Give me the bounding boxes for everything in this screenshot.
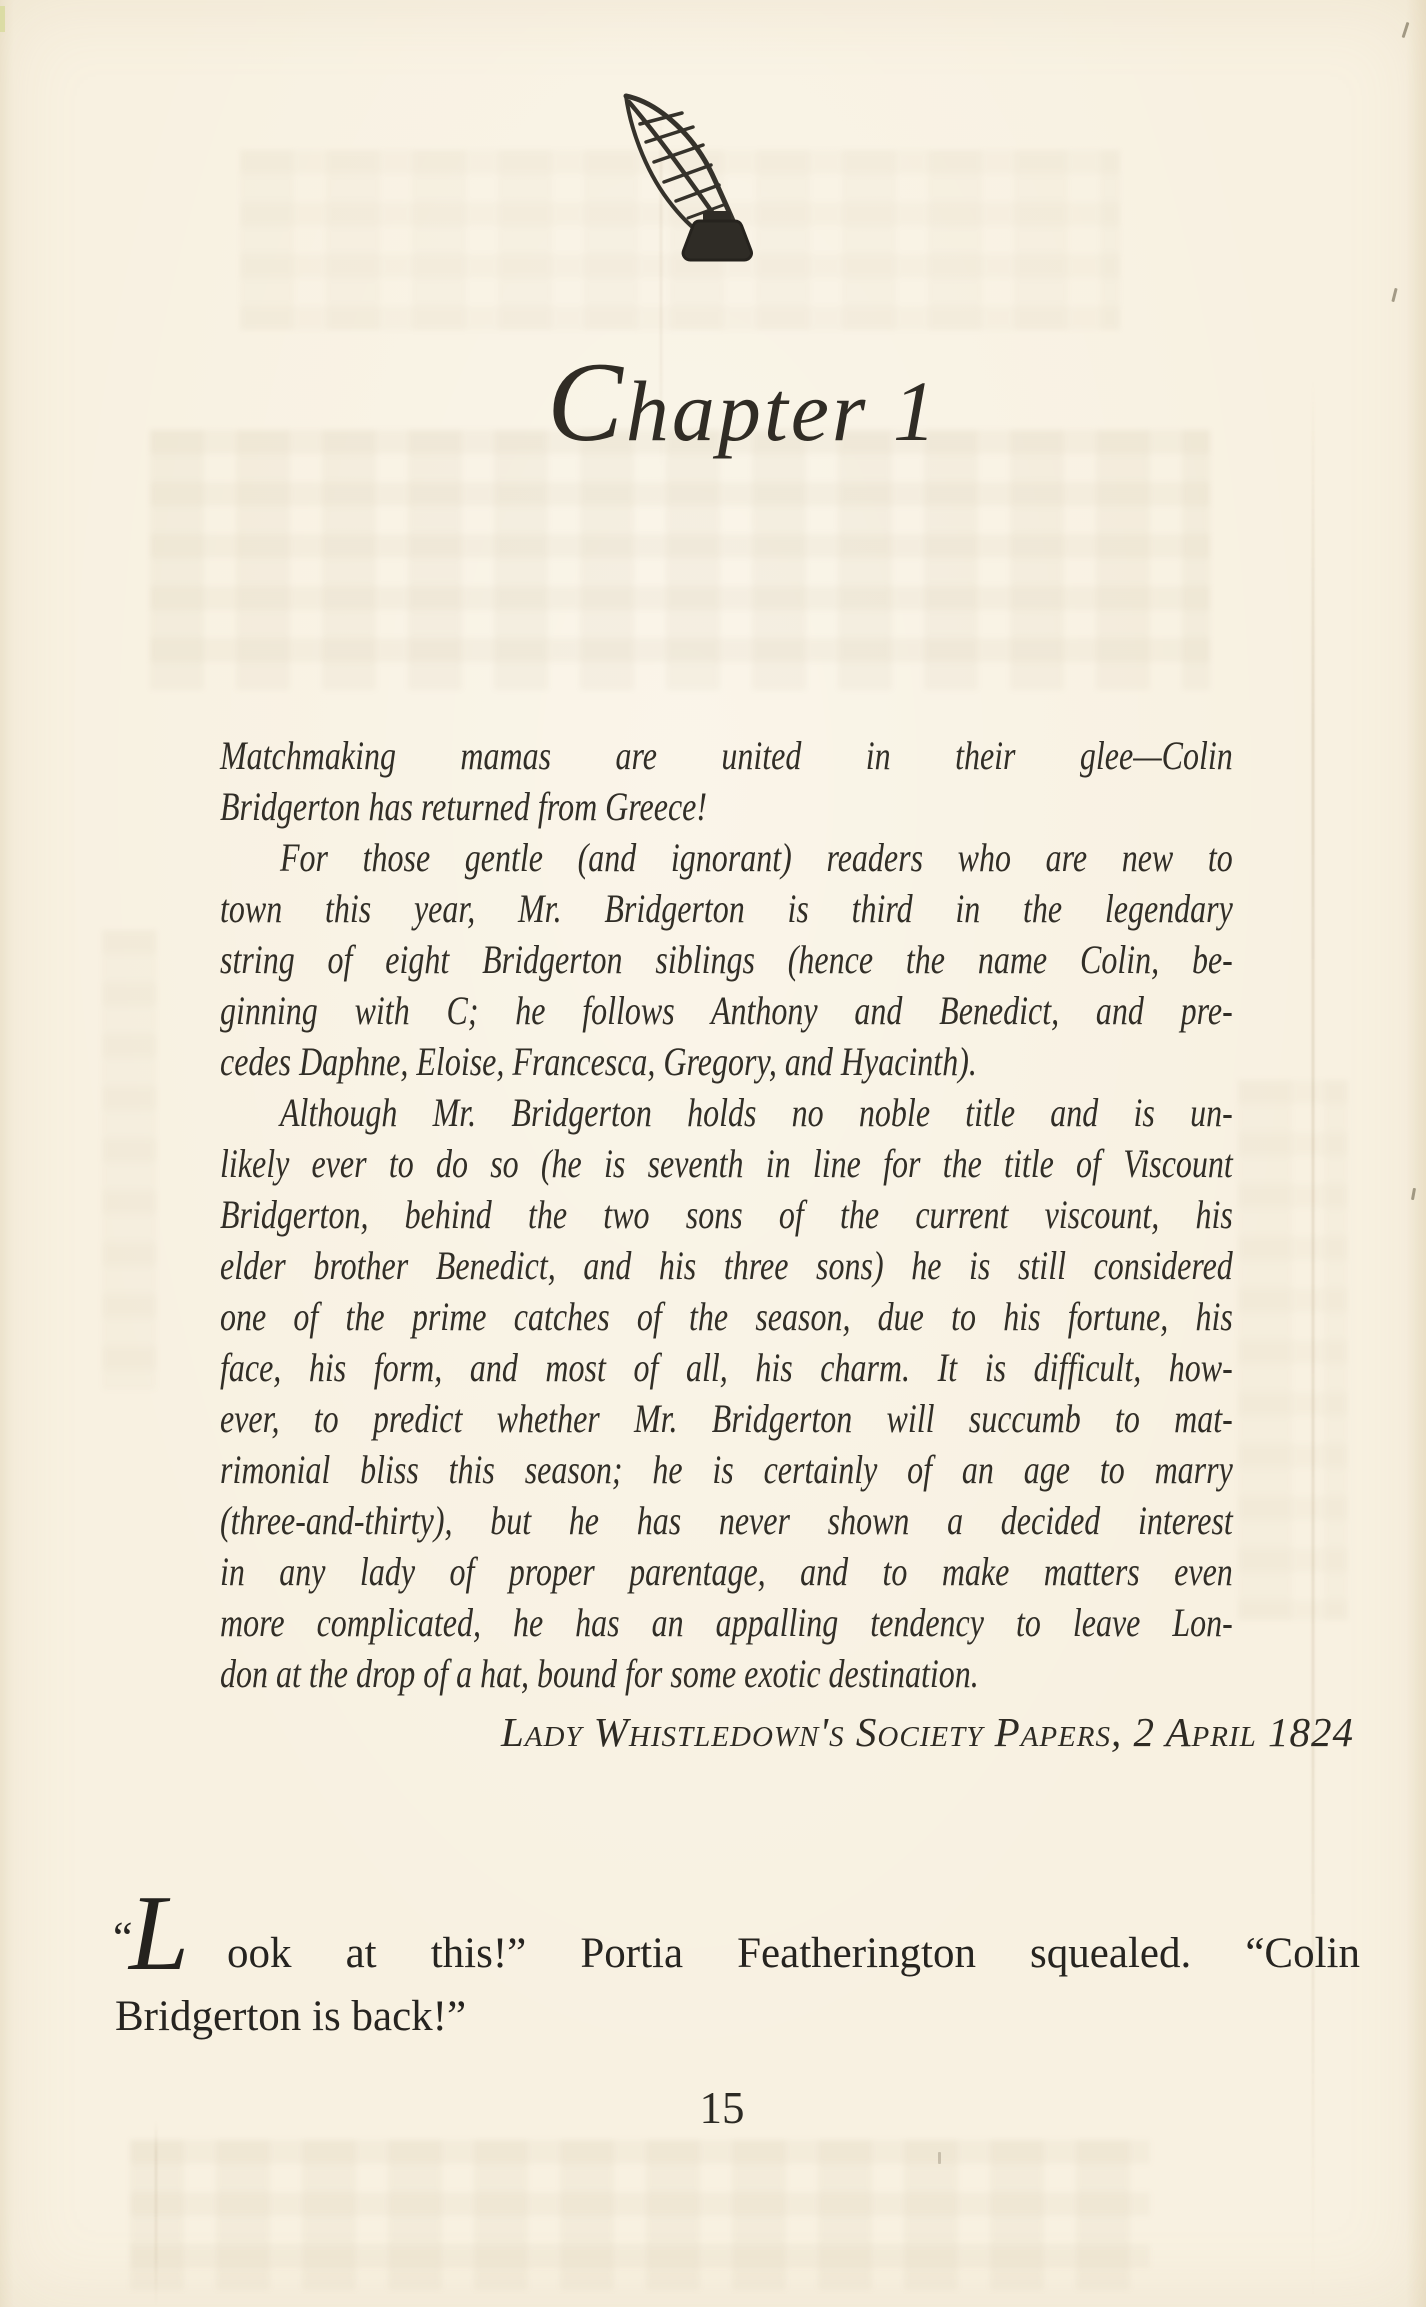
opening-paragraph: “ L ook at this!” Portia Featherington s…	[115, 1922, 1360, 2048]
excerpt-line: For those gentle (and ignorant) readers …	[220, 832, 1233, 883]
excerpt-line: elder brother Benedict, and his three so…	[220, 1240, 1233, 1291]
page-number: 15	[0, 2082, 1426, 2134]
excerpt-line: town this year, Mr. Bridgerton is third …	[220, 883, 1233, 934]
excerpt-line: (three-and-thirty), but he has never sho…	[220, 1495, 1233, 1546]
bleed-through-texture	[1238, 1080, 1348, 1620]
excerpt-line: ever, to predict whether Mr. Bridgerton …	[220, 1393, 1233, 1444]
excerpt-line: likely ever to do so (he is seventh in l…	[220, 1138, 1233, 1189]
excerpt-line: don at the drop of a hat, bound for some…	[220, 1648, 1233, 1699]
opening-line-1: ook at this!” Portia Featherington squea…	[115, 1922, 1360, 1985]
excerpt-line: string of eight Bridgerton siblings (hen…	[220, 934, 1233, 985]
excerpt-line: in any lady of proper parentage, and to …	[220, 1546, 1233, 1597]
excerpt-line: one of the prime catches of the season, …	[220, 1291, 1233, 1342]
bleed-through-texture	[130, 2140, 1150, 2290]
bleed-through-texture	[102, 930, 157, 1390]
excerpt-line: face, his form, and most of all, his cha…	[220, 1342, 1233, 1393]
excerpt-line: Matchmaking mamas are united in their gl…	[220, 730, 1233, 781]
excerpt-line: Bridgerton, behind the two sons of the c…	[220, 1189, 1233, 1240]
excerpt-line: more complicated, he has an appalling te…	[220, 1597, 1233, 1648]
scan-edge-mark	[0, 6, 5, 32]
page-crease	[155, 2120, 157, 2307]
excerpt-line: Bridgerton has returned from Greece!	[220, 781, 1233, 832]
excerpt-line: ginning with C; he follows Anthony and B…	[220, 985, 1233, 1036]
quill-and-inkwell-icon	[596, 80, 771, 275]
excerpt-line: cedes Daphne, Eloise, Francesca, Gregory…	[220, 1036, 1233, 1087]
excerpt-line: rimonial bliss this season; he is certai…	[220, 1444, 1233, 1495]
excerpt-line: Although Mr. Bridgerton holds no noble t…	[220, 1087, 1233, 1138]
scan-speck	[1391, 288, 1397, 302]
scan-speck	[938, 2152, 941, 2164]
whistledown-excerpt: Matchmaking mamas are united in their gl…	[220, 730, 1233, 1699]
opening-line-2: Bridgerton is back!”	[115, 1985, 1360, 2048]
scan-speck	[1411, 1188, 1416, 1200]
chapter-title: Chapter 1	[0, 326, 1426, 479]
scan-speck	[1402, 22, 1410, 38]
excerpt-attribution: Lady Whistledown's Society Papers, 2 Apr…	[501, 1708, 1354, 1756]
book-page: Chapter 1 Matchmaking mamas are united i…	[0, 0, 1426, 2307]
drop-cap-letter: L	[129, 1880, 189, 1988]
